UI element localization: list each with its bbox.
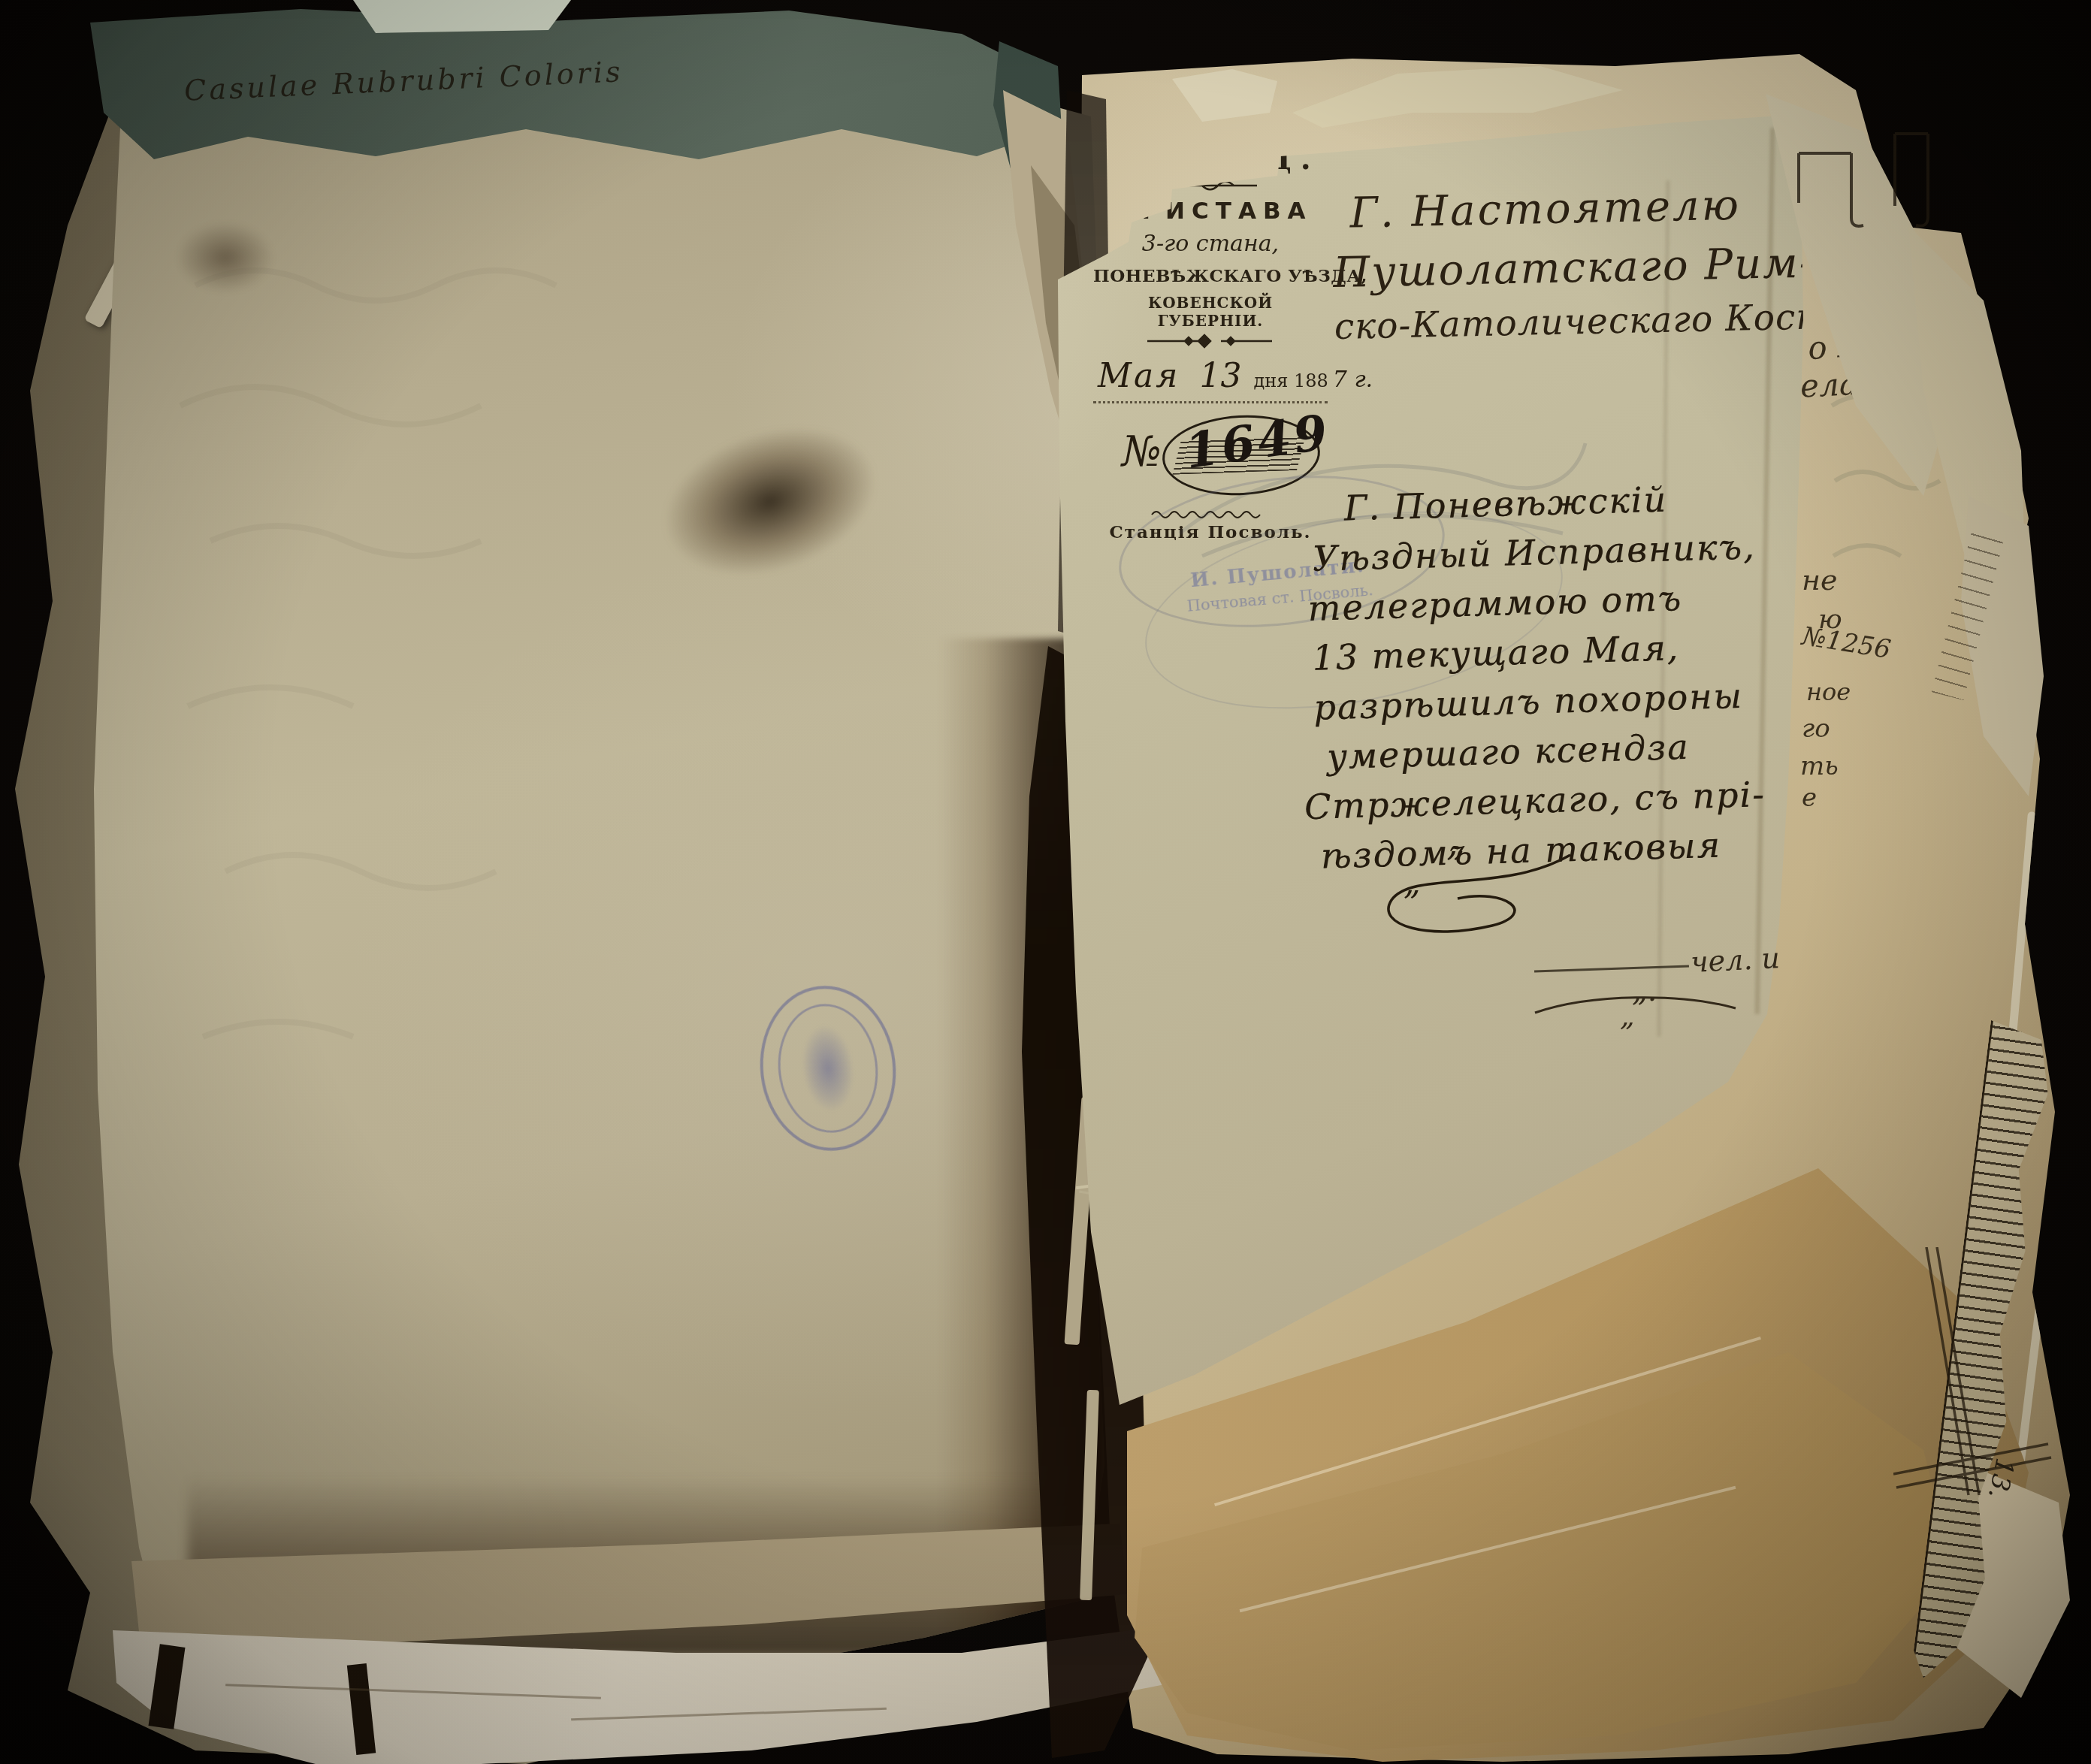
date-line: Мая13дня 1887 г. (1093, 357, 1328, 403)
edge-text-fragment: ть (1800, 751, 1839, 781)
bleedthrough-writing (165, 225, 842, 1127)
ornament-divider-icon (1146, 333, 1274, 349)
signature-flourish (1345, 844, 1585, 950)
handwritten-month: Мая (1098, 357, 1180, 395)
ink-underline-curve (1531, 989, 1742, 1019)
page-edge-highlight (2008, 811, 2036, 1037)
handwritten-body: Г. Поневѣжскій Уѣздный Исправникъ, телег… (1277, 472, 1767, 882)
edge-text-fragment: ное (1806, 678, 1851, 706)
guberniya-line: КОВЕНСКОЙ ГУБЕРНІИ. (1093, 294, 1328, 330)
edge-text-fragment: е (1802, 783, 1817, 813)
printed-day-year: дня 188 (1253, 370, 1328, 391)
ditto-mark: „ (1404, 864, 1421, 902)
edge-text-fragment: №1256 (1800, 621, 1893, 665)
margin-note: чел. и (1690, 941, 1781, 979)
ruled-table-corner (1893, 1247, 2066, 1510)
uyezd-line: ПОНЕВѢЖСКАГО УѢЗДА, (1093, 266, 1328, 286)
handwritten-day: 13 (1199, 357, 1241, 395)
archival-photo: о Ку ела. — не ю №1256 ное го ть е (0, 0, 2091, 1764)
number-sign: № (1122, 427, 1162, 476)
handwritten-year: 7 г. (1333, 367, 1373, 393)
edge-text-fragment: го (1802, 714, 1830, 744)
ditto-mark: „ (1620, 999, 1635, 1032)
ink-marks (1782, 107, 1955, 257)
